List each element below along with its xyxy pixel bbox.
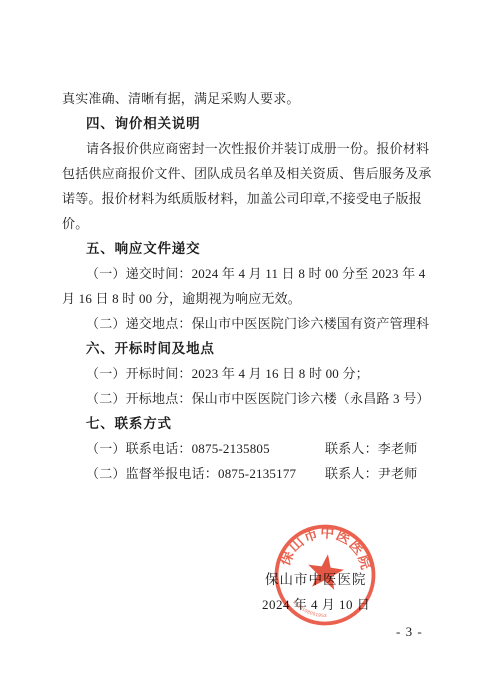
contact-phone: （一）联系电话：0875-2135805 bbox=[86, 441, 270, 456]
body-line: （二）递交地点：保山市中医医院门诊六楼国有资产管理科 bbox=[62, 311, 430, 336]
body-line: （二）开标地点：保山市中医医院门诊六楼（永昌路 3 号） bbox=[62, 386, 430, 411]
contact-line: （二）监督举报电话：0875-2135177 联系人：尹老师 bbox=[62, 461, 430, 486]
section-heading-7: 七、联系方式 bbox=[62, 411, 430, 436]
contact-person: 联系人：尹老师 bbox=[325, 461, 417, 486]
body-line: 诺等。报价材料为纸质版材料，加盖公司印章,不接受电子版报 bbox=[62, 186, 430, 211]
contact-person: 联系人：李老师 bbox=[325, 436, 417, 461]
body-line: 价。 bbox=[62, 211, 430, 236]
signature-date: 2024 年 4 月 10 日 bbox=[262, 592, 370, 617]
page-number: - 3 - bbox=[396, 622, 423, 642]
body-line: （一）递交时间：2024 年 4 月 11 日 8 时 00 分至 2023 年… bbox=[62, 261, 430, 286]
body-line: 包括供应商报价文件、团队成员名单及相关资质、售后服务及承 bbox=[62, 161, 430, 186]
body-line: （一）开标时间：2023 年 4 月 16 日 8 时 00 分； bbox=[62, 361, 430, 386]
body-line: 请各报价供应商密封一次性报价并装订成册一份。报价材料 bbox=[62, 136, 430, 161]
section-heading-4: 四、询价相关说明 bbox=[62, 111, 430, 136]
signature-org: 保山市中医医院 bbox=[265, 567, 367, 592]
document-page: 真实准确、清晰有据，满足采购人要求。 四、询价相关说明 请各报价供应商密封一次性… bbox=[0, 0, 490, 693]
body-line: 月 16 日 8 时 00 分，逾期视为响应无效。 bbox=[62, 286, 430, 311]
section-heading-5: 五、响应文件递交 bbox=[62, 236, 430, 261]
carryover-line: 真实准确、清晰有据，满足采购人要求。 bbox=[62, 86, 430, 111]
contact-line: （一）联系电话：0875-2135805 联系人：李老师 bbox=[62, 436, 430, 461]
document-body: 真实准确、清晰有据，满足采购人要求。 四、询价相关说明 请各报价供应商密封一次性… bbox=[62, 86, 430, 486]
section-heading-6: 六、开标时间及地点 bbox=[62, 336, 430, 361]
contact-phone: （二）监督举报电话：0875-2135177 bbox=[86, 466, 296, 481]
